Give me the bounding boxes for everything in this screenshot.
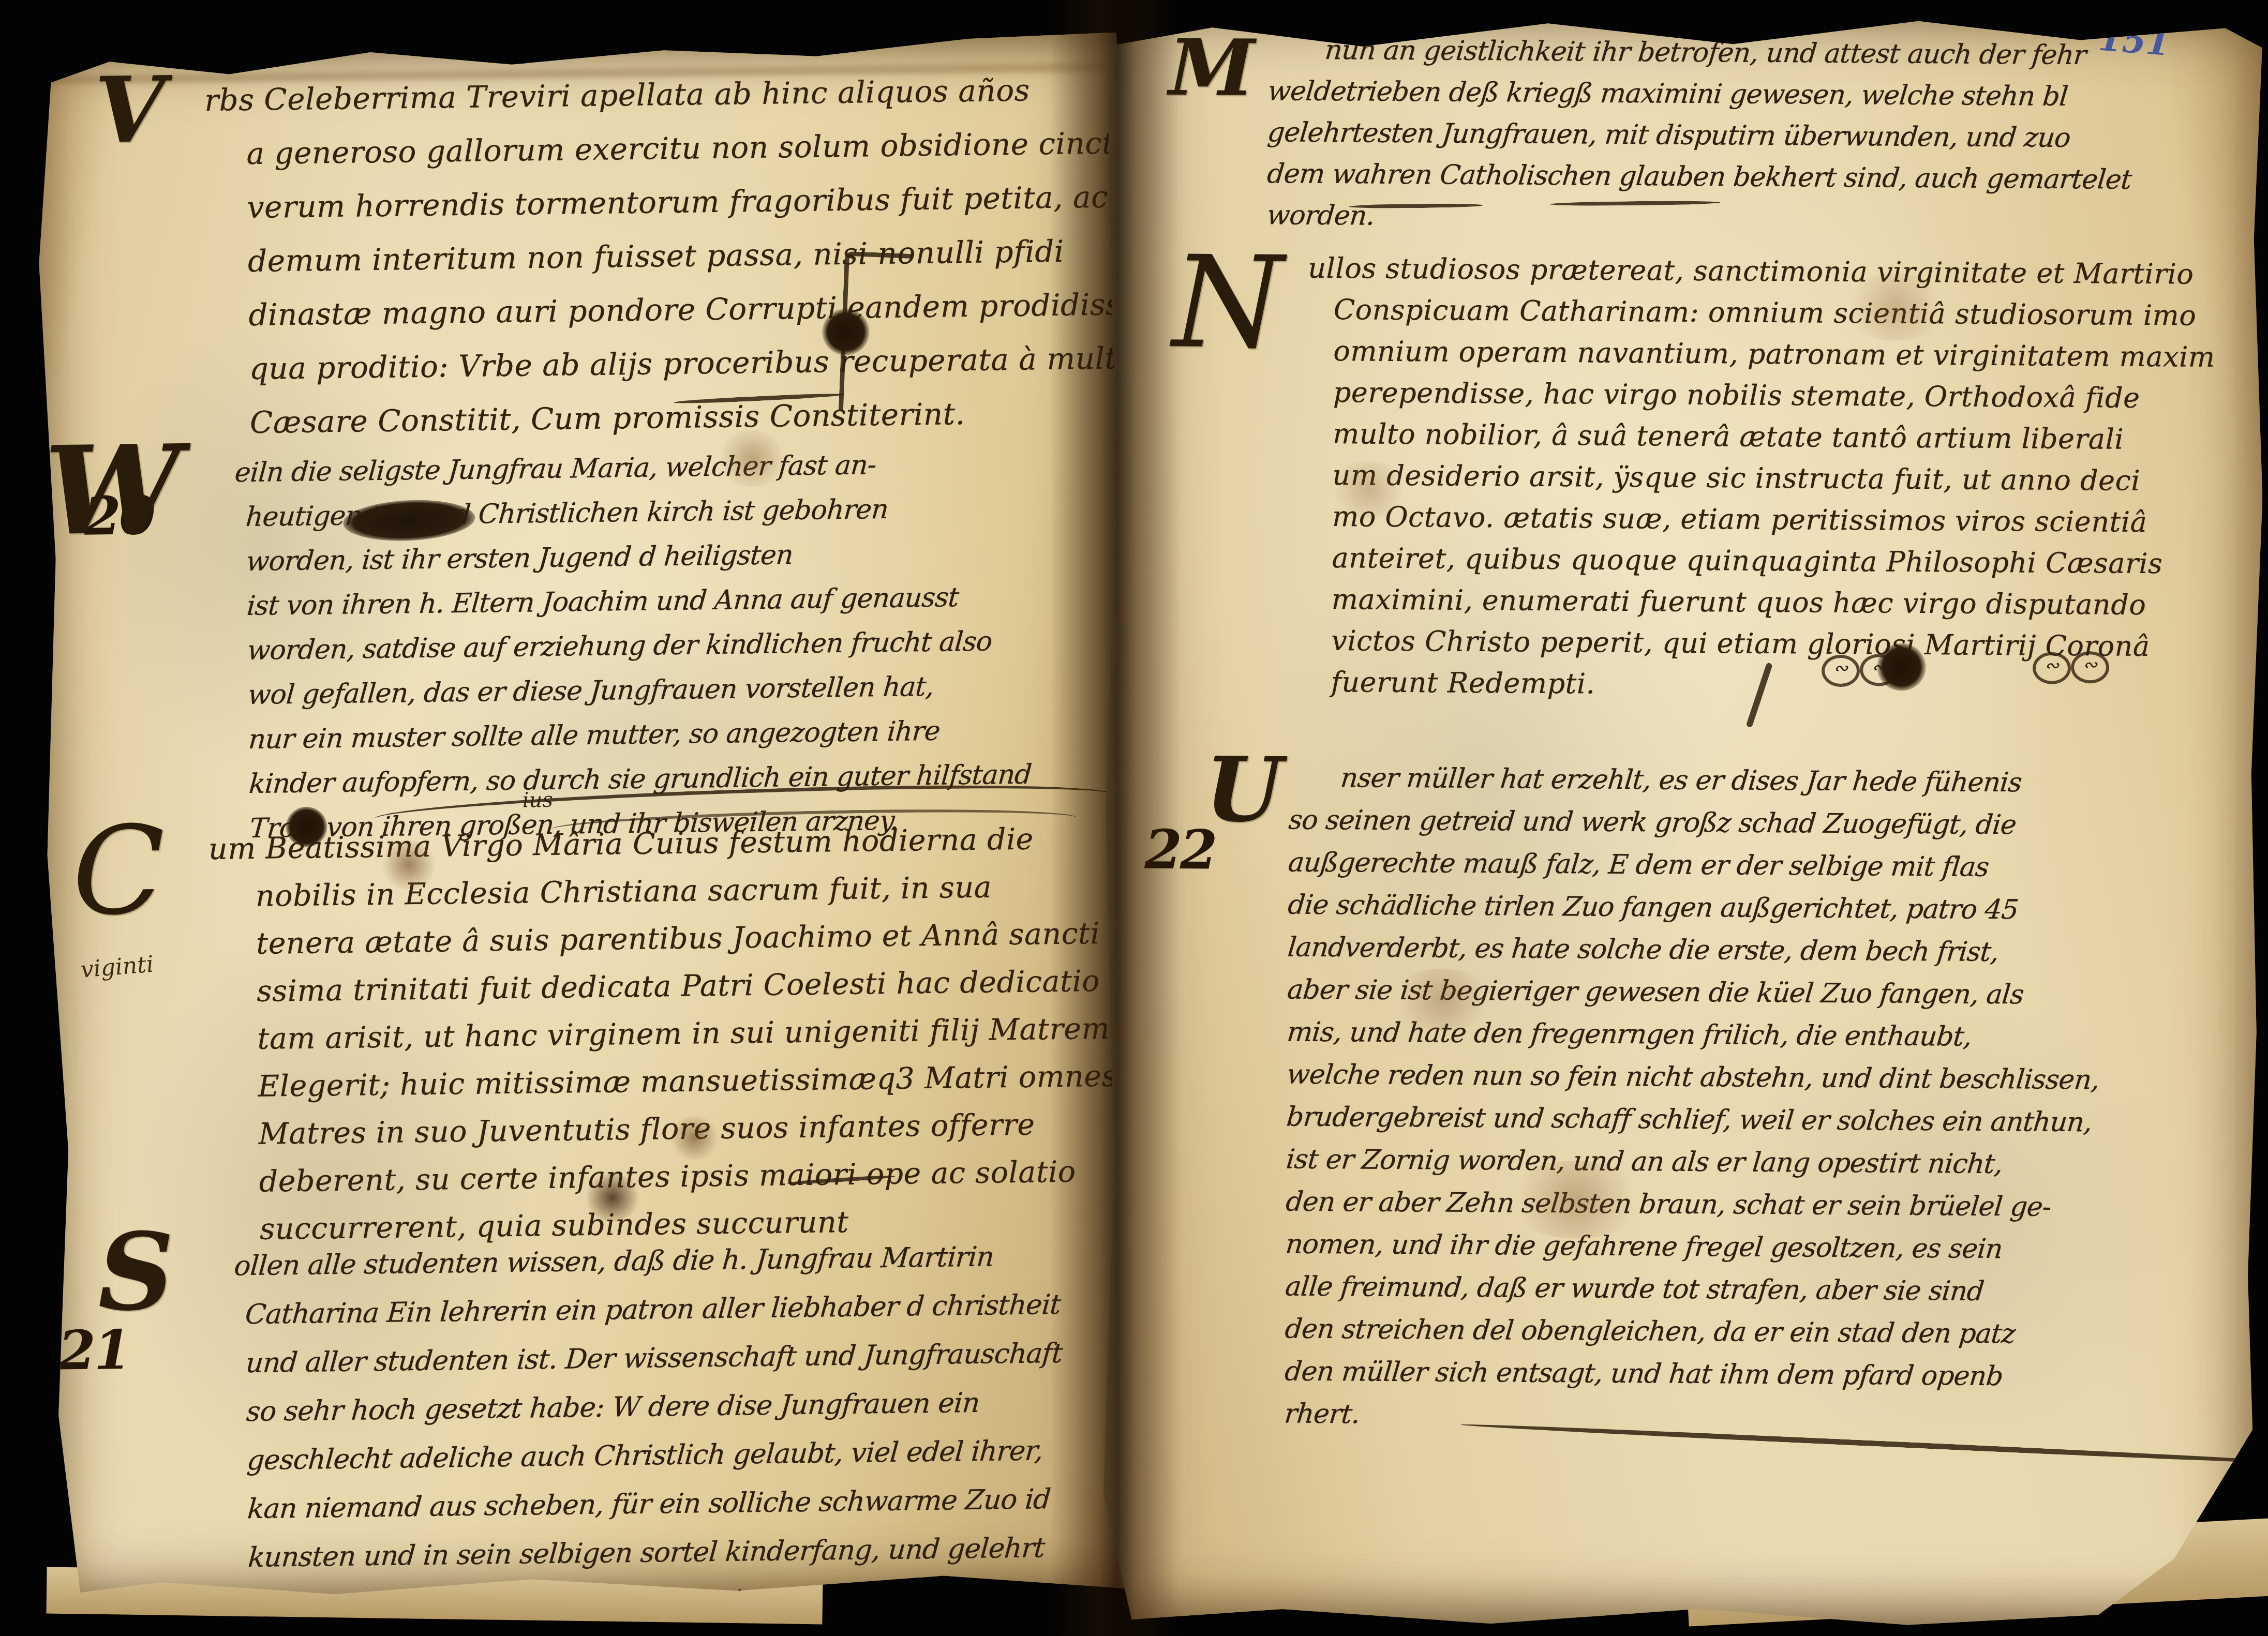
latin-nullos-lines: ullos studiosos prætereat, sanctimonia v… [1274, 247, 2216, 709]
text-line: brudergebreist und schaff schlief, weil … [1285, 1095, 2101, 1144]
flourish-wave-circle: ∾ [1822, 655, 1860, 687]
text-line: anteiret, quibus quoque quinquaginta Phi… [1332, 537, 2214, 585]
text-line: Conspicuam Catharinam: omnium scientiâ s… [1334, 289, 2216, 337]
text-line: multo nobilior, â suâ tenerâ ætate tantô… [1333, 413, 2215, 461]
manuscript-photo: V rbs Celeberrima Treviri apellata ab hi… [0, 0, 2268, 1636]
text-line: nomen, und ihr die gefahrene fregel geso… [1284, 1223, 2100, 1271]
text-line: maximini, enumerati fuerunt quos hæc vir… [1332, 579, 2214, 626]
german-mueller-lines: nser müller hat erzehlt, es er dises Jar… [1254, 756, 2101, 1440]
text-line: den müller sich entsagt, und hat ihm dem… [1283, 1350, 2099, 1398]
text-line: dem wahren Catholischen glauben bekhert … [1265, 153, 2133, 201]
text-line: außgerechte mauß falz, E dem er der selb… [1287, 841, 2103, 889]
right-page: 151 ta M nun an geistlichkeit ihr betrof… [1097, 4, 2266, 1632]
text-line: ullos studiosos prætereat, sanctimonia v… [1308, 248, 2216, 295]
text-line: gelehrtesten Jungfrauen, mit disputirn ü… [1265, 112, 2133, 159]
flourish-wave-circle: ∾ [2033, 652, 2071, 685]
superscript-ta: ta [1658, 9, 1676, 30]
text-line: welche reden nun so fein nicht abstehn, … [1285, 1053, 2101, 1101]
german-sollen-lines: ollen alle studenten wissen, daß die h. … [177, 1232, 1065, 1632]
text-line: den streichen del obengleichen, da er ei… [1283, 1308, 2099, 1356]
stain [1327, 461, 1410, 518]
left-page: V rbs Celeberrima Treviri apellata ab hi… [33, 32, 1140, 1602]
text-line: nser müller hat erzehlt, es er dises Jar… [1339, 757, 2103, 804]
text-line: Cæsare Constitit, Cum promissis Constite… [249, 384, 1183, 449]
flourish-wave-circle: ∾ [2071, 651, 2109, 684]
stain [1503, 1160, 1648, 1239]
drop-cap-c: C [71, 822, 166, 921]
text-line: um desiderio arsit, ÿsque sic instructa … [1332, 455, 2214, 502]
text-line: die schädliche tirlen Zuo fangen außgeri… [1286, 883, 2102, 932]
german-top-lines: nun an geistlichkeit ihr betrofen, und a… [1236, 29, 2132, 242]
text-line: qua proditio: Vrbe ab alijs proceribus r… [249, 331, 1182, 396]
latin-urbs-lines: rbs Celeberrima Treviri apellata ab hinc… [168, 62, 1183, 451]
text-line: omnium operam navantium, patronam et vir… [1333, 331, 2215, 378]
drop-cap-n: N [1172, 252, 1284, 354]
drop-cap-s: S [97, 1229, 175, 1315]
margin-note-viginti: viginti [80, 951, 155, 983]
text-line: ist er Zornig worden, und an als er lang… [1285, 1138, 2101, 1186]
stain [1391, 968, 1495, 1031]
latin-cum-lines: um Beatissima Virgo Mâria Cuius festum h… [192, 815, 1119, 1254]
drop-cap-v: V [95, 74, 166, 147]
superscript-ius: ius [523, 788, 554, 813]
text-line: so seinen getreid und werk großz schad Z… [1287, 799, 2103, 847]
text-line: alle freimund, daß er wurde tot strafen,… [1284, 1265, 2100, 1313]
ink-blot [1877, 643, 1927, 691]
text-line: mo Octavo. ætatis suæ, etiam peritissimo… [1332, 496, 2214, 544]
stain [1840, 273, 1949, 341]
text-line: weldetrieben deß kriegß maximini gewesen… [1266, 70, 2134, 118]
text-line: perependisse, hac virgo nobilis stemate,… [1333, 372, 2215, 419]
text-line: nun an geistlichkeit ihr betrofen, und a… [1323, 29, 2135, 77]
text-line: landverderbt, es hate solche die erste, … [1286, 926, 2102, 974]
drop-cap-w: W [44, 441, 182, 540]
text-line: den er aber Zehn selbsten braun, schat e… [1284, 1180, 2100, 1228]
